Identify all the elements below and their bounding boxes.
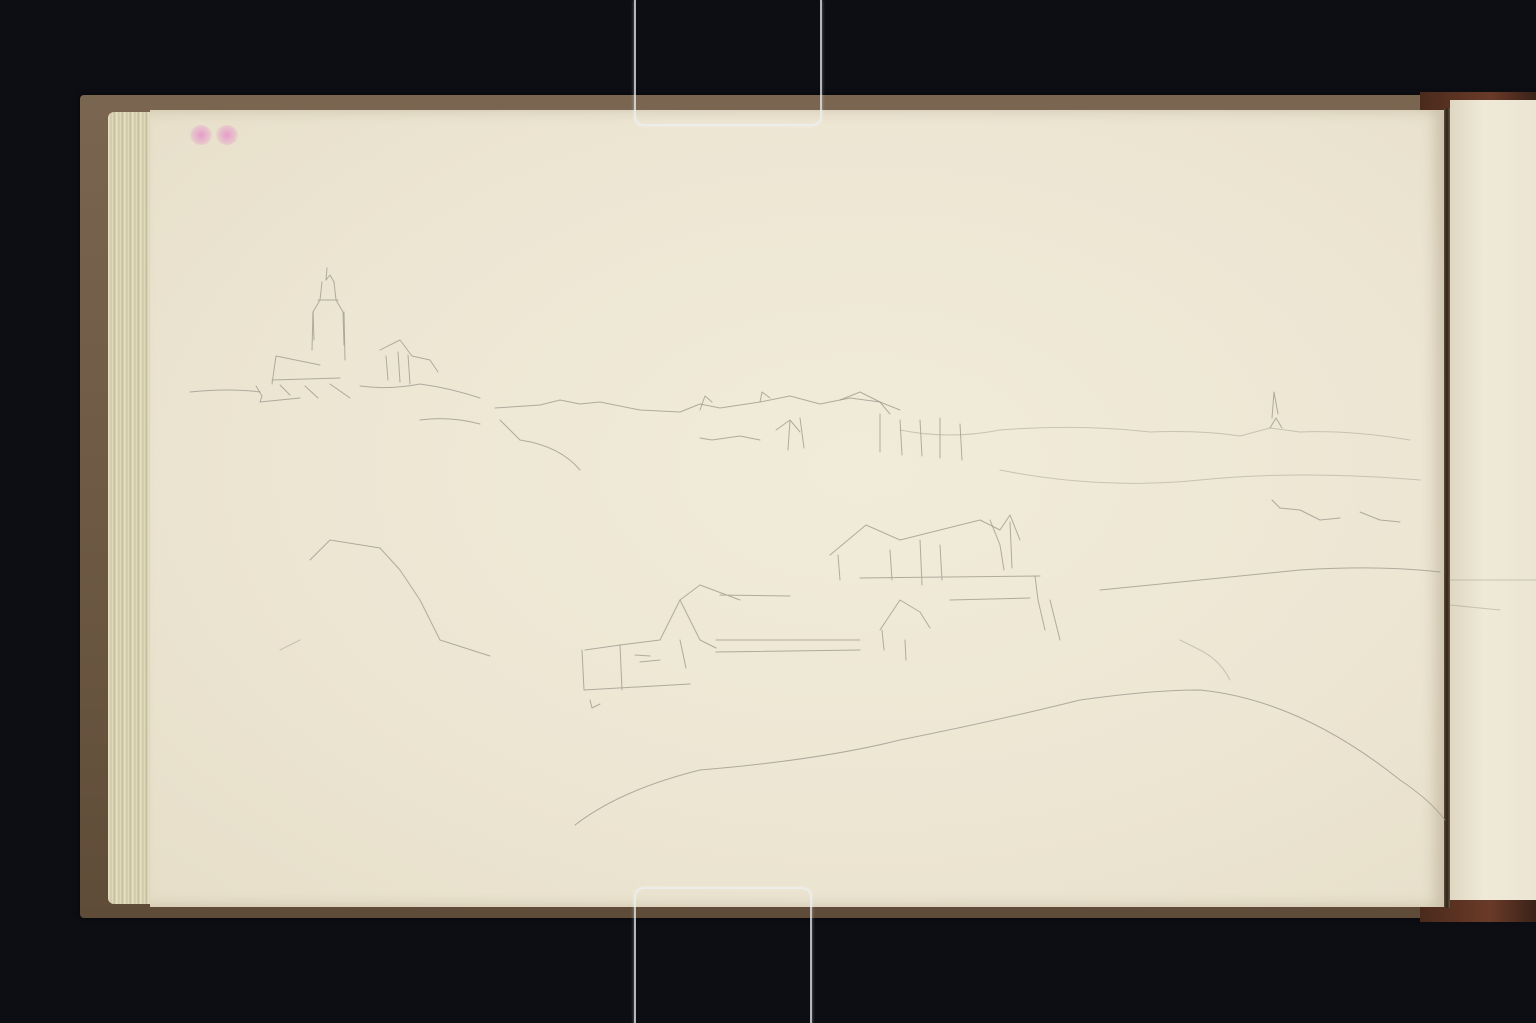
village-horizon-drawing: [495, 392, 1420, 483]
page-holder-clip-bottom: [634, 887, 812, 1023]
sketchbook-photo: Pencil sketch of a town on a hillside wi…: [0, 0, 1536, 1023]
pencil-sketch: [0, 0, 1536, 1023]
church-drawing: [190, 268, 480, 424]
cottage-drawing: [582, 600, 860, 708]
house-cluster-drawing: [680, 515, 1060, 660]
hill-contours-drawing: [280, 540, 1536, 825]
distant-spire-drawing: [1100, 392, 1440, 590]
page-holder-clip-top: [634, 0, 822, 126]
